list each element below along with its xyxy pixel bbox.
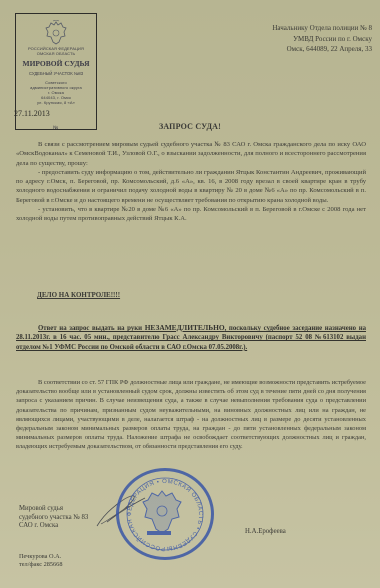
signature-line-3: САО г. Омска [19, 522, 88, 531]
official-seal: РОССИЙСКАЯ ФЕДЕРАЦИЯ • ОМСКАЯ ОБЛАСТЬ • … [116, 468, 214, 560]
document-page: РОССИЙСКАЯ ФЕДЕРАЦИЯ ОМСКАЯ ОБЛАСТЬ МИРО… [0, 0, 380, 588]
stamp-address-2: ул. Крупская, 8 «А» [16, 100, 96, 105]
answer-emphasis: НЕЗАМЕДЛИТЕЛЬНО [145, 323, 225, 332]
court-header-stamp: РОССИЙСКАЯ ФЕДЕРАЦИЯ ОМСКАЯ ОБЛАСТЬ МИРО… [15, 13, 97, 130]
signature-line-1: Мировой судья [19, 505, 88, 514]
stamp-date: 27.11.2013 [14, 109, 50, 118]
contact-block: Печкурова О.А. тел/факс 285668 [19, 553, 62, 570]
recipient-line-1: Начальнику Отдела полиции № 8 [232, 23, 372, 34]
executor-name: Печкурова О.А. [19, 553, 62, 561]
recipient-block: Начальнику Отдела полиции № 8 УМВД Росси… [232, 23, 372, 55]
answer-part-1: Ответ на запрос выдать на руки [38, 325, 145, 332]
coat-of-arms-icon [45, 20, 67, 46]
executor-phone: тел/факс 285668 [19, 561, 62, 569]
judge-name: Н.А.Ерофеева [245, 528, 286, 535]
legal-notice: В соответствии со ст. 57 ГПК РФ должност… [16, 378, 366, 452]
document-title: ЗАПРОС СУДА! [0, 122, 380, 131]
recipient-line-2: УМВД России по г. Омску [232, 34, 372, 45]
request-body: В связи с рассмотрением мировым судьей с… [16, 140, 366, 224]
request-item-1: - предоставить суду информацию о том, де… [16, 168, 366, 205]
recipient-line-3: Омск, 644089, 22 Апреля, 33 [232, 44, 372, 55]
legal-notice-text: В соответствии со ст. 57 ГПК РФ должност… [16, 378, 366, 452]
answer-instruction: Ответ на запрос выдать на руки НЕЗАМЕДЛИ… [16, 323, 366, 352]
stamp-region: ОМСКАЯ ОБЛАСТЬ [16, 51, 96, 56]
stamp-title: МИРОВОЙ СУДЬЯ [16, 59, 96, 68]
seal-eagle-icon [141, 487, 183, 537]
request-item-2: - установить, что в квартире №20 в доме … [16, 205, 366, 224]
signature-title-block: Мировой судья судебного участка № 83 САО… [19, 505, 88, 531]
control-notice: ДЕЛО НА КОНТРОЛЕ!!!! [37, 291, 120, 299]
stamp-district: СУДЕБНЫЙ УЧАСТОК №83 [16, 71, 96, 76]
signature-line-2: судебного участка № 83 [19, 514, 88, 523]
intro-paragraph: В связи с рассмотрением мировым судьей с… [16, 140, 366, 168]
